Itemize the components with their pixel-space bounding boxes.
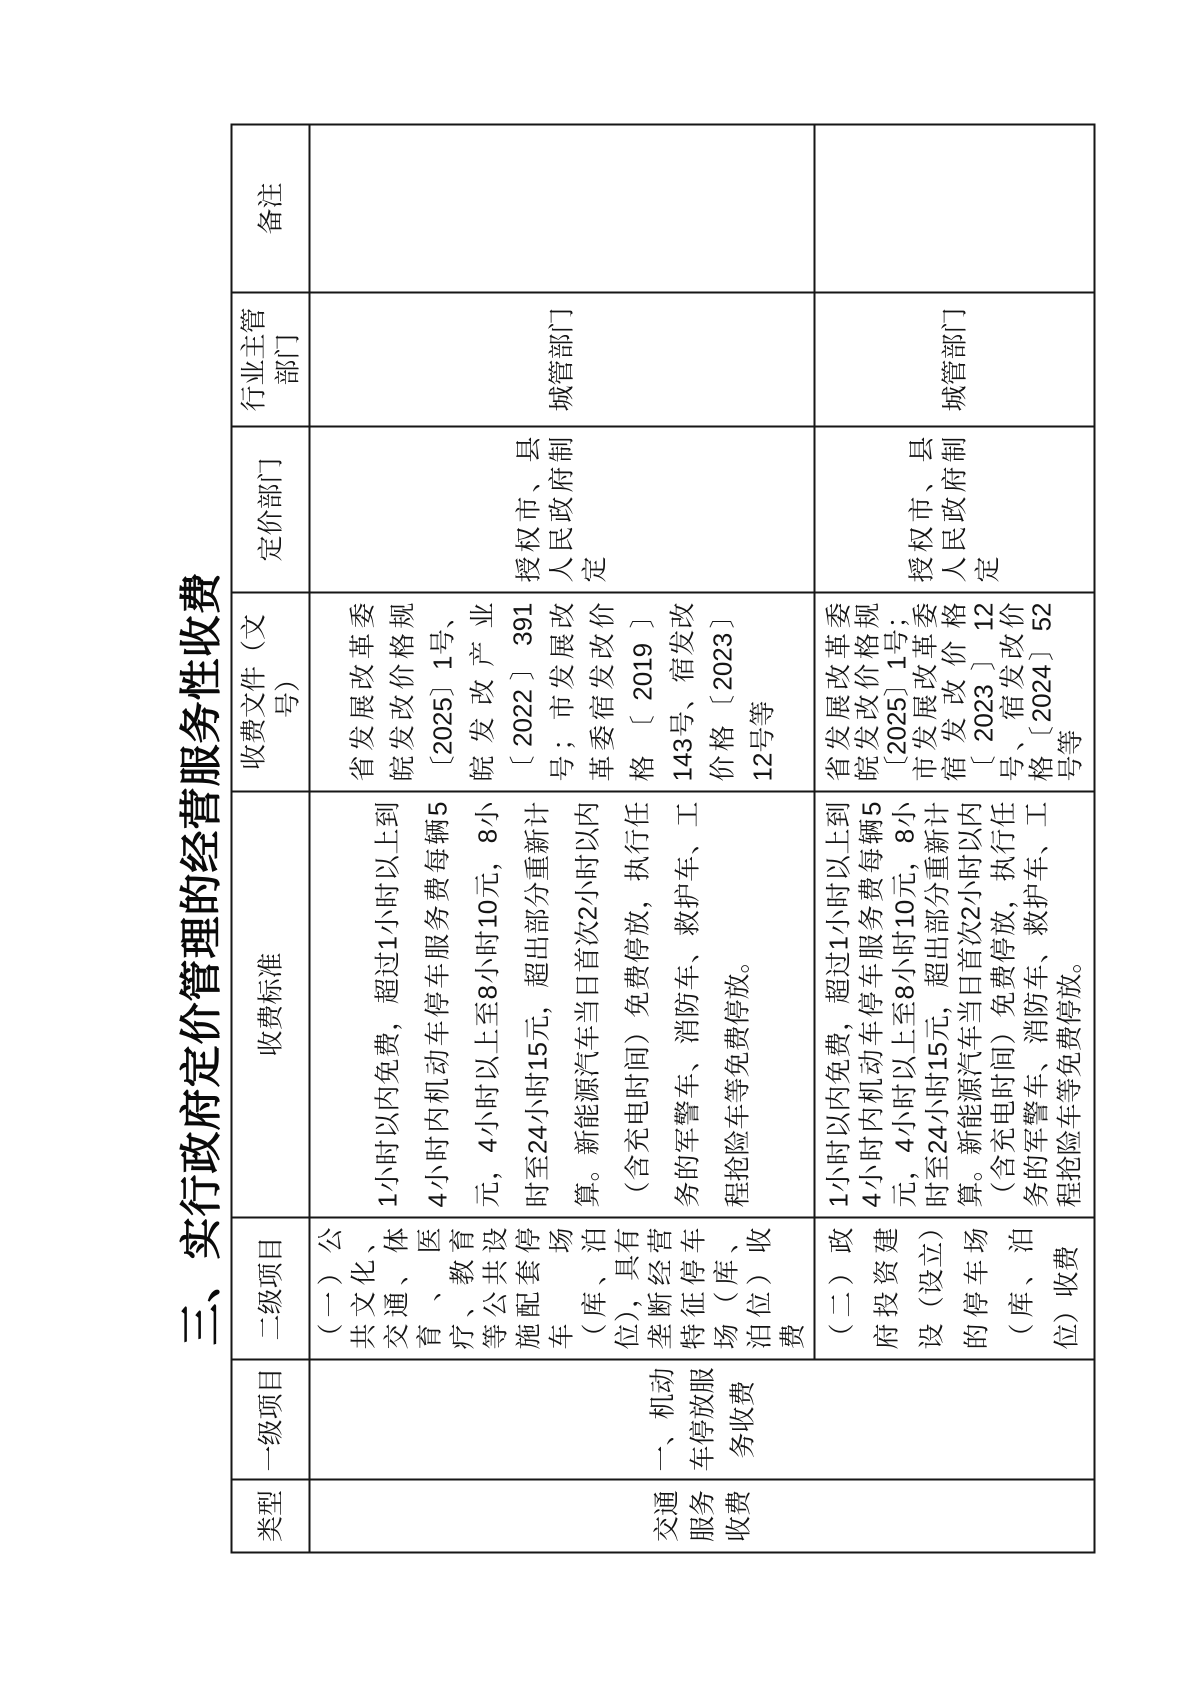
header-level2-item: 二级项目 xyxy=(231,1217,309,1359)
remark-cell xyxy=(309,124,814,292)
pricing-department-cell: 授权市、县人民政府制定 xyxy=(814,426,1094,592)
header-remark: 备注 xyxy=(231,124,309,292)
document-title: 三、实行政府定价管理的经营服务性收费 xyxy=(168,485,228,1345)
level2-item-cell: （一）公共文化、交通、体育、医疗、教育等公共设施配套停车场（库、泊位），具有垄断… xyxy=(309,1217,814,1359)
level1-item-cell: 一、机动车停放服务收费 xyxy=(309,1359,1094,1479)
type-cell: 交通服务收费 xyxy=(309,1479,1094,1552)
header-fee-document: 收费文件（文号） xyxy=(231,592,309,791)
fee-document-cell: 省发展改革委皖发改价格规〔2025〕1号、皖发改产业〔2022〕391号；市发展… xyxy=(309,592,814,791)
table-row: （二）政府投资建设（设立）的停车场（库、泊位）收费 1小时以内免费，超过1小时以… xyxy=(814,124,1094,1552)
fee-table: 类型 一级项目 二级项目 收费标准 收费文件（文号） 定价部门 行业主管部门 备… xyxy=(230,123,1095,1553)
remark-cell xyxy=(814,124,1094,292)
fee-standard-cell: 1小时以内免费，超过1小时以上到4小时内机动车停车服务费每辆5元，4小时以上至8… xyxy=(309,791,814,1217)
header-fee-standard: 收费标准 xyxy=(231,791,309,1217)
fee-standard-cell: 1小时以内免费，超过1小时以上到4小时内机动车停车服务费每辆5元，4小时以上至8… xyxy=(814,791,1094,1217)
scanned-sheet: 三、实行政府定价管理的经营服务性收费 —13— 类型 一级项目 二级项目 收费标… xyxy=(0,0,1192,1683)
level2-item-cell: （二）政府投资建设（设立）的停车场（库、泊位）收费 xyxy=(814,1217,1094,1359)
header-row: 类型 一级项目 二级项目 收费标准 收费文件（文号） 定价部门 行业主管部门 备… xyxy=(231,124,309,1552)
industry-department-cell: 城管部门 xyxy=(309,292,814,426)
header-type: 类型 xyxy=(231,1479,309,1552)
industry-department-cell: 城管部门 xyxy=(814,292,1094,426)
header-industry-department: 行业主管部门 xyxy=(231,292,309,426)
fee-document-cell: 省发展改革委皖发改价格规〔2025〕1号；市发展改革委宿发改价格〔2023〕12… xyxy=(814,592,1094,791)
header-level1-item: 一级项目 xyxy=(231,1359,309,1479)
pricing-department-cell: 授权市、县人民政府制定 xyxy=(309,426,814,592)
table-row: 交通服务收费 一、机动车停放服务收费 （一）公共文化、交通、体育、医疗、教育等公… xyxy=(309,124,814,1552)
header-pricing-department: 定价部门 xyxy=(231,426,309,592)
